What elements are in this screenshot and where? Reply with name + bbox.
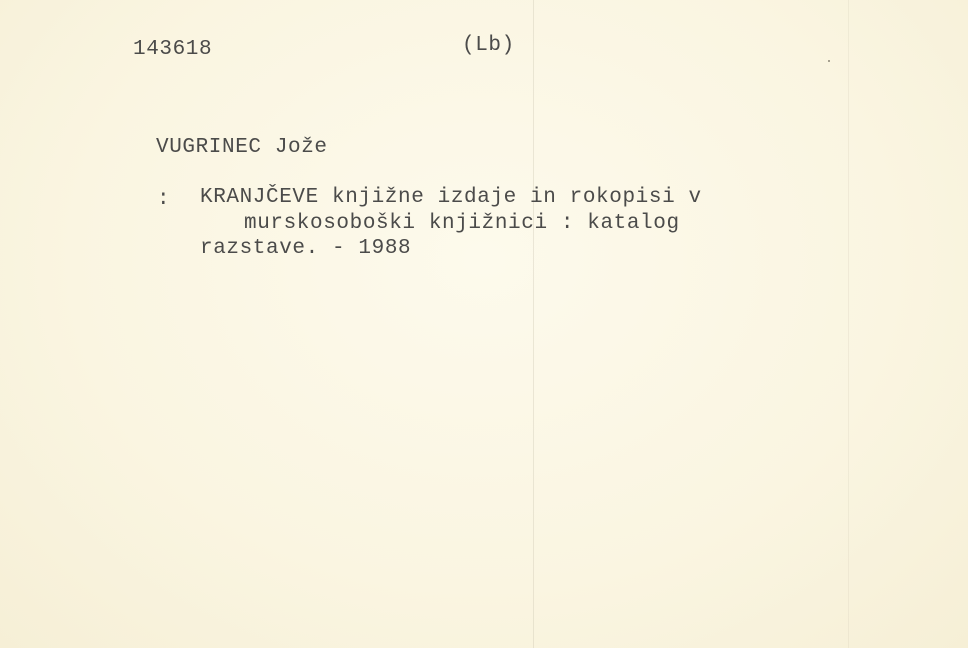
accession-number: 143618 <box>133 36 212 63</box>
author-heading: VUGRINEC Jože <box>156 134 328 161</box>
card-fold-line <box>533 0 534 648</box>
card-crease <box>848 0 849 648</box>
title-line-2: murskosoboški knjižnici : katalog <box>244 210 680 237</box>
catalog-card: 143618 (Lb) VUGRINEC Jože : KRANJČEVE kn… <box>0 0 968 648</box>
title-line-3: razstave. - 1988 <box>200 235 411 262</box>
location-code: (Lb) <box>462 32 515 59</box>
title-separator: : <box>157 186 170 213</box>
paper-speck <box>828 60 830 62</box>
title-line-1: KRANJČEVE knjižne izdaje in rokopisi v <box>200 184 702 211</box>
